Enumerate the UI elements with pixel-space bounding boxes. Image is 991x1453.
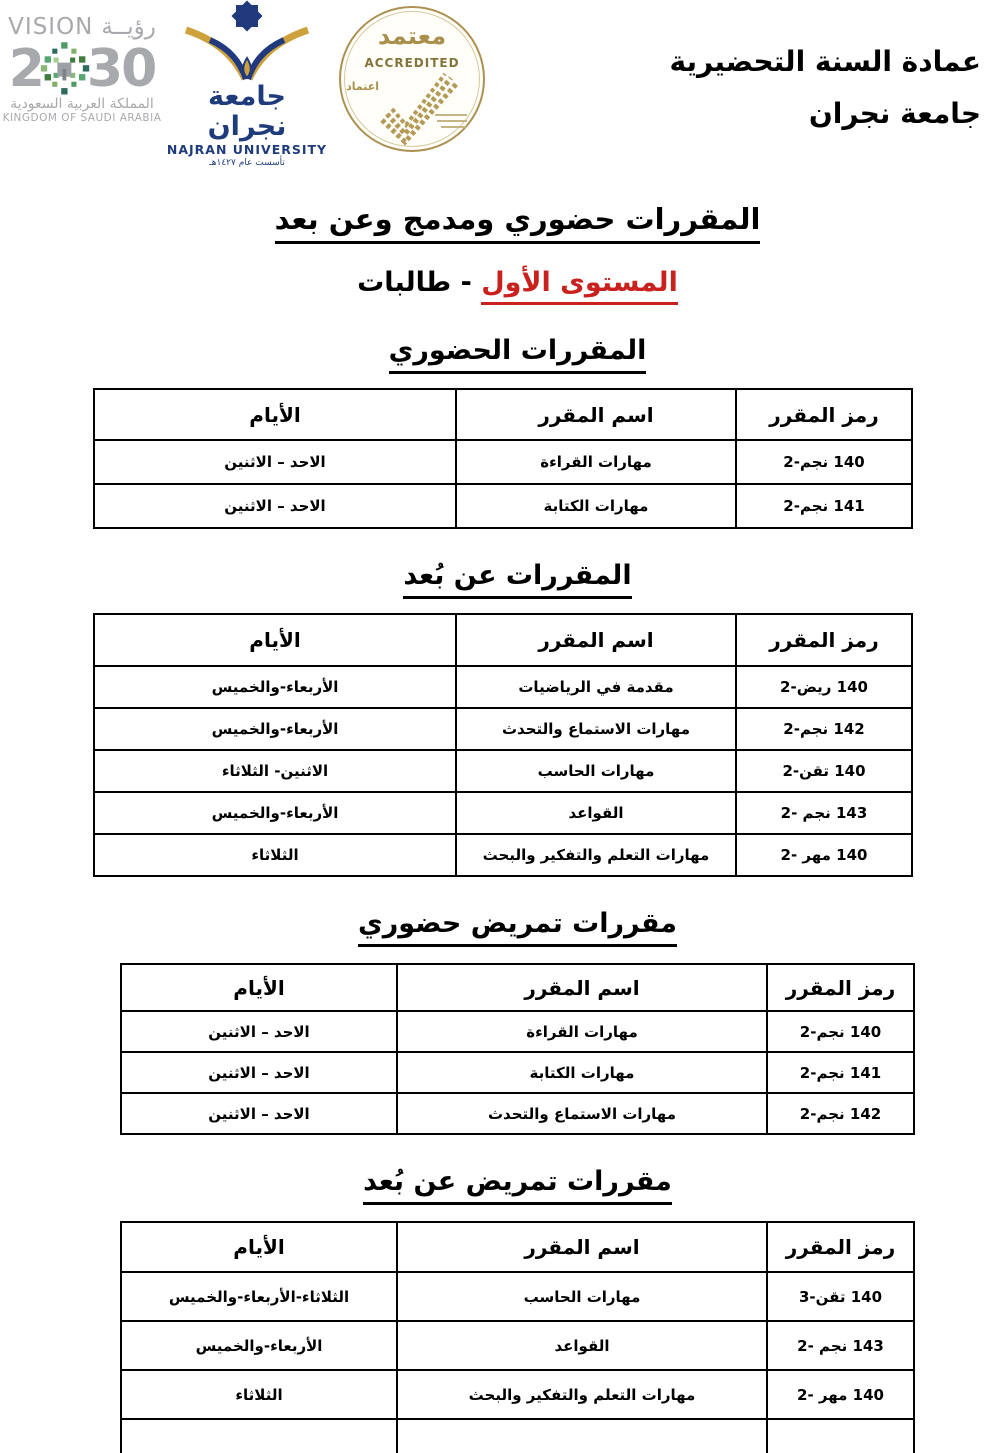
col-header-name: اسم المقرر: [397, 964, 767, 1011]
table-row: 140 نجم-2مهارات القراءةالاحد – الاثنين: [94, 440, 912, 484]
course-table-2: رمز المقرراسم المقررالأيام140 نجم-2مهارا…: [120, 963, 915, 1135]
section-title-0: المقررات الحضوري: [22, 330, 991, 372]
course-table-3: رمز المقرراسم المقررالأيام140 تقن-3مهارا…: [120, 1221, 915, 1453]
cell-empty: [397, 1419, 767, 1453]
table-header-row: رمز المقرراسم المقررالأيام: [94, 614, 912, 666]
table-header-row: رمز المقرراسم المقررالأيام: [121, 1222, 914, 1272]
section-title-3: مقررات تمريض عن بُعد: [22, 1161, 991, 1203]
najran-name-arabic: جامعة نجران: [166, 82, 328, 142]
table-row-partial: [121, 1419, 914, 1453]
cell-name: مهارات التعلم والتفكير والبحث: [456, 834, 736, 876]
main-title: المقررات حضوري ومدمج وعن بعد: [22, 198, 991, 240]
org-text-block: عمادة السنة التحضيرية جامعة نجران: [670, 36, 981, 140]
university-title: جامعة نجران: [670, 88, 981, 140]
col-header-name: اسم المقرر: [397, 1222, 767, 1272]
course-section-0: المقررات الحضوريرمز المقرراسم المقررالأي…: [0, 330, 991, 529]
najran-founded-text: تأسست عام ١٤٢٧هـ: [166, 158, 328, 168]
section-title-text: مقررات تمريض عن بُعد: [363, 1166, 672, 1205]
page-header: VISION رؤيــة 2: [0, 0, 991, 170]
cell-days: الاحد – الاثنين: [94, 440, 456, 484]
cell-code: 142 نجم-2: [736, 708, 912, 750]
seal-label-arabic: معتمد: [341, 22, 483, 50]
vision-year-first: 2: [9, 40, 43, 98]
saudi-palm-emblem-icon: [39, 41, 91, 97]
section-title-text: المقررات الحضوري: [389, 335, 647, 374]
cell-name: مهارات الاستماع والتحدث: [397, 1093, 767, 1134]
cell-name: مهارات القراءة: [397, 1011, 767, 1052]
vision-en-label: VISION: [8, 14, 93, 40]
table-row: 143 نجم -2القواعدالأربعاء-والخميس: [94, 792, 912, 834]
cell-name: مهارات الاستماع والتحدث: [456, 708, 736, 750]
cell-code: 142 نجم-2: [767, 1093, 914, 1134]
table-header-row: رمز المقرراسم المقررالأيام: [94, 389, 912, 440]
col-header-days: الأيام: [121, 964, 397, 1011]
cell-code: 140 ريض-2: [736, 666, 912, 708]
col-header-days: الأيام: [94, 389, 456, 440]
cell-days: الاحد – الاثنين: [121, 1052, 397, 1093]
main-title-text: المقررات حضوري ومدمج وعن بعد: [275, 202, 761, 244]
najran-university-logo: جامعة نجران NAJRAN UNIVERSITY تأسست عام …: [166, 0, 328, 168]
col-header-days: الأيام: [94, 614, 456, 666]
table-row: 142 نجم-2مهارات الاستماع والتحدثالاحد – …: [121, 1093, 914, 1134]
cell-name: مهارات الحاسب: [456, 750, 736, 792]
col-header-days: الأيام: [121, 1222, 397, 1272]
cell-code: 141 نجم-2: [767, 1052, 914, 1093]
cell-code: 140 تقن-3: [767, 1272, 914, 1321]
table-row: 140 تقن-3مهارات الحاسبالثلاثاء-الأربعاء-…: [121, 1272, 914, 1321]
cell-days: الثلاثاء: [94, 834, 456, 876]
cell-empty: [767, 1419, 914, 1453]
cell-days: الأربعاء-والخميس: [121, 1321, 397, 1370]
course-table-1: رمز المقرراسم المقررالأيام140 ريض-2مقدمة…: [93, 613, 913, 877]
cell-code: 143 نجم -2: [767, 1321, 914, 1370]
seal-etimad-text: اعتماد: [346, 80, 379, 93]
cell-code: 140 مهر -2: [736, 834, 912, 876]
col-header-name: اسم المقرر: [456, 614, 736, 666]
table-row: 141 نجم-2مهارات الكتابةالاحد – الاثنين: [121, 1052, 914, 1093]
cell-name: مهارات الكتابة: [397, 1052, 767, 1093]
cell-name: القواعد: [397, 1321, 767, 1370]
najran-name-english: NAJRAN UNIVERSITY: [166, 142, 328, 157]
table-row: 140 ريض-2مقدمة في الرياضياتالأربعاء-والخ…: [94, 666, 912, 708]
table-row: 140 نجم-2مهارات القراءةالاحد – الاثنين: [121, 1011, 914, 1052]
course-section-3: مقررات تمريض عن بُعدرمز المقرراسم المقرر…: [0, 1161, 991, 1453]
col-header-code: رمز المقرر: [736, 389, 912, 440]
course-section-1: المقررات عن بُعدرمز المقرراسم المقررالأي…: [0, 555, 991, 877]
cell-days: الاحد – الاثنين: [121, 1011, 397, 1052]
cell-name: القواعد: [456, 792, 736, 834]
level-highlight: المستوى الأول: [481, 267, 678, 305]
vision-year-rest: 30: [87, 40, 155, 98]
cell-name: مهارات التعلم والتفكير والبحث: [397, 1370, 767, 1419]
section-title-1: المقررات عن بُعد: [22, 555, 991, 597]
cell-days: الثلاثاء: [121, 1370, 397, 1419]
najran-star-wings-icon: [172, 0, 322, 82]
accredited-seal: معتمد ACCREDITED اعتماد: [339, 6, 485, 152]
cell-days: الاثنين- الثلاثاء: [94, 750, 456, 792]
section-title-text: مقررات تمريض حضوري: [358, 908, 677, 947]
cell-code: 141 نجم-2: [736, 484, 912, 528]
cell-days: الأربعاء-والخميس: [94, 666, 456, 708]
col-header-code: رمز المقرر: [736, 614, 912, 666]
table-row: 140 تقن-2مهارات الحاسبالاثنين- الثلاثاء: [94, 750, 912, 792]
level-suffix: - طالبات: [357, 267, 472, 298]
vision-2030-logo: VISION رؤيــة 2: [2, 14, 162, 124]
section-title-2: مقررات تمريض حضوري: [22, 903, 991, 945]
section-title-text: المقررات عن بُعد: [403, 560, 631, 599]
cell-empty: [121, 1419, 397, 1453]
cell-code: 140 مهر -2: [767, 1370, 914, 1419]
cell-name: مقدمة في الرياضيات: [456, 666, 736, 708]
table-row: 140 مهر -2مهارات التعلم والتفكير والبحثا…: [94, 834, 912, 876]
table-row: 143 نجم -2القواعدالأربعاء-والخميس: [121, 1321, 914, 1370]
document-page: { "header": { "vision_logo": { "vision_e…: [0, 0, 991, 1453]
cell-code: 143 نجم -2: [736, 792, 912, 834]
cell-code: 140 تقن-2: [736, 750, 912, 792]
level-line: المستوى الأول - طالبات: [22, 262, 991, 304]
course-section-2: مقررات تمريض حضوريرمز المقرراسم المقررال…: [0, 903, 991, 1135]
cell-days: الأربعاء-والخميس: [94, 708, 456, 750]
col-header-name: اسم المقرر: [456, 389, 736, 440]
seal-checkmark-icon: [367, 66, 463, 146]
seal-fine-print-lines: [435, 110, 467, 132]
table-row: 142 نجم-2مهارات الاستماع والتحدثالأربعاء…: [94, 708, 912, 750]
table-header-row: رمز المقرراسم المقررالأيام: [121, 964, 914, 1011]
cell-code: 140 نجم-2: [767, 1011, 914, 1052]
vision-ar-label: رؤيــة: [101, 14, 155, 40]
cell-code: 140 نجم-2: [736, 440, 912, 484]
course-table-0: رمز المقرراسم المقررالأيام140 نجم-2مهارا…: [93, 388, 913, 529]
cell-days: الأربعاء-والخميس: [94, 792, 456, 834]
table-row: 140 مهر -2مهارات التعلم والتفكير والبحثا…: [121, 1370, 914, 1419]
cell-days: الاحد – الاثنين: [94, 484, 456, 528]
cell-name: مهارات الكتابة: [456, 484, 736, 528]
kingdom-name-english: KINGDOM OF SAUDI ARABIA: [2, 112, 162, 124]
col-header-code: رمز المقرر: [767, 964, 914, 1011]
sections-container: المقررات الحضوريرمز المقرراسم المقررالأي…: [0, 330, 991, 1453]
col-header-code: رمز المقرر: [767, 1222, 914, 1272]
cell-days: الثلاثاء-الأربعاء-والخميس: [121, 1272, 397, 1321]
kingdom-name-arabic: المملكة العربية السعودية: [2, 96, 162, 112]
deanship-title: عمادة السنة التحضيرية: [670, 36, 981, 88]
cell-name: مهارات القراءة: [456, 440, 736, 484]
table-row: 141 نجم-2مهارات الكتابةالاحد – الاثنين: [94, 484, 912, 528]
cell-days: الاحد – الاثنين: [121, 1093, 397, 1134]
cell-name: مهارات الحاسب: [397, 1272, 767, 1321]
